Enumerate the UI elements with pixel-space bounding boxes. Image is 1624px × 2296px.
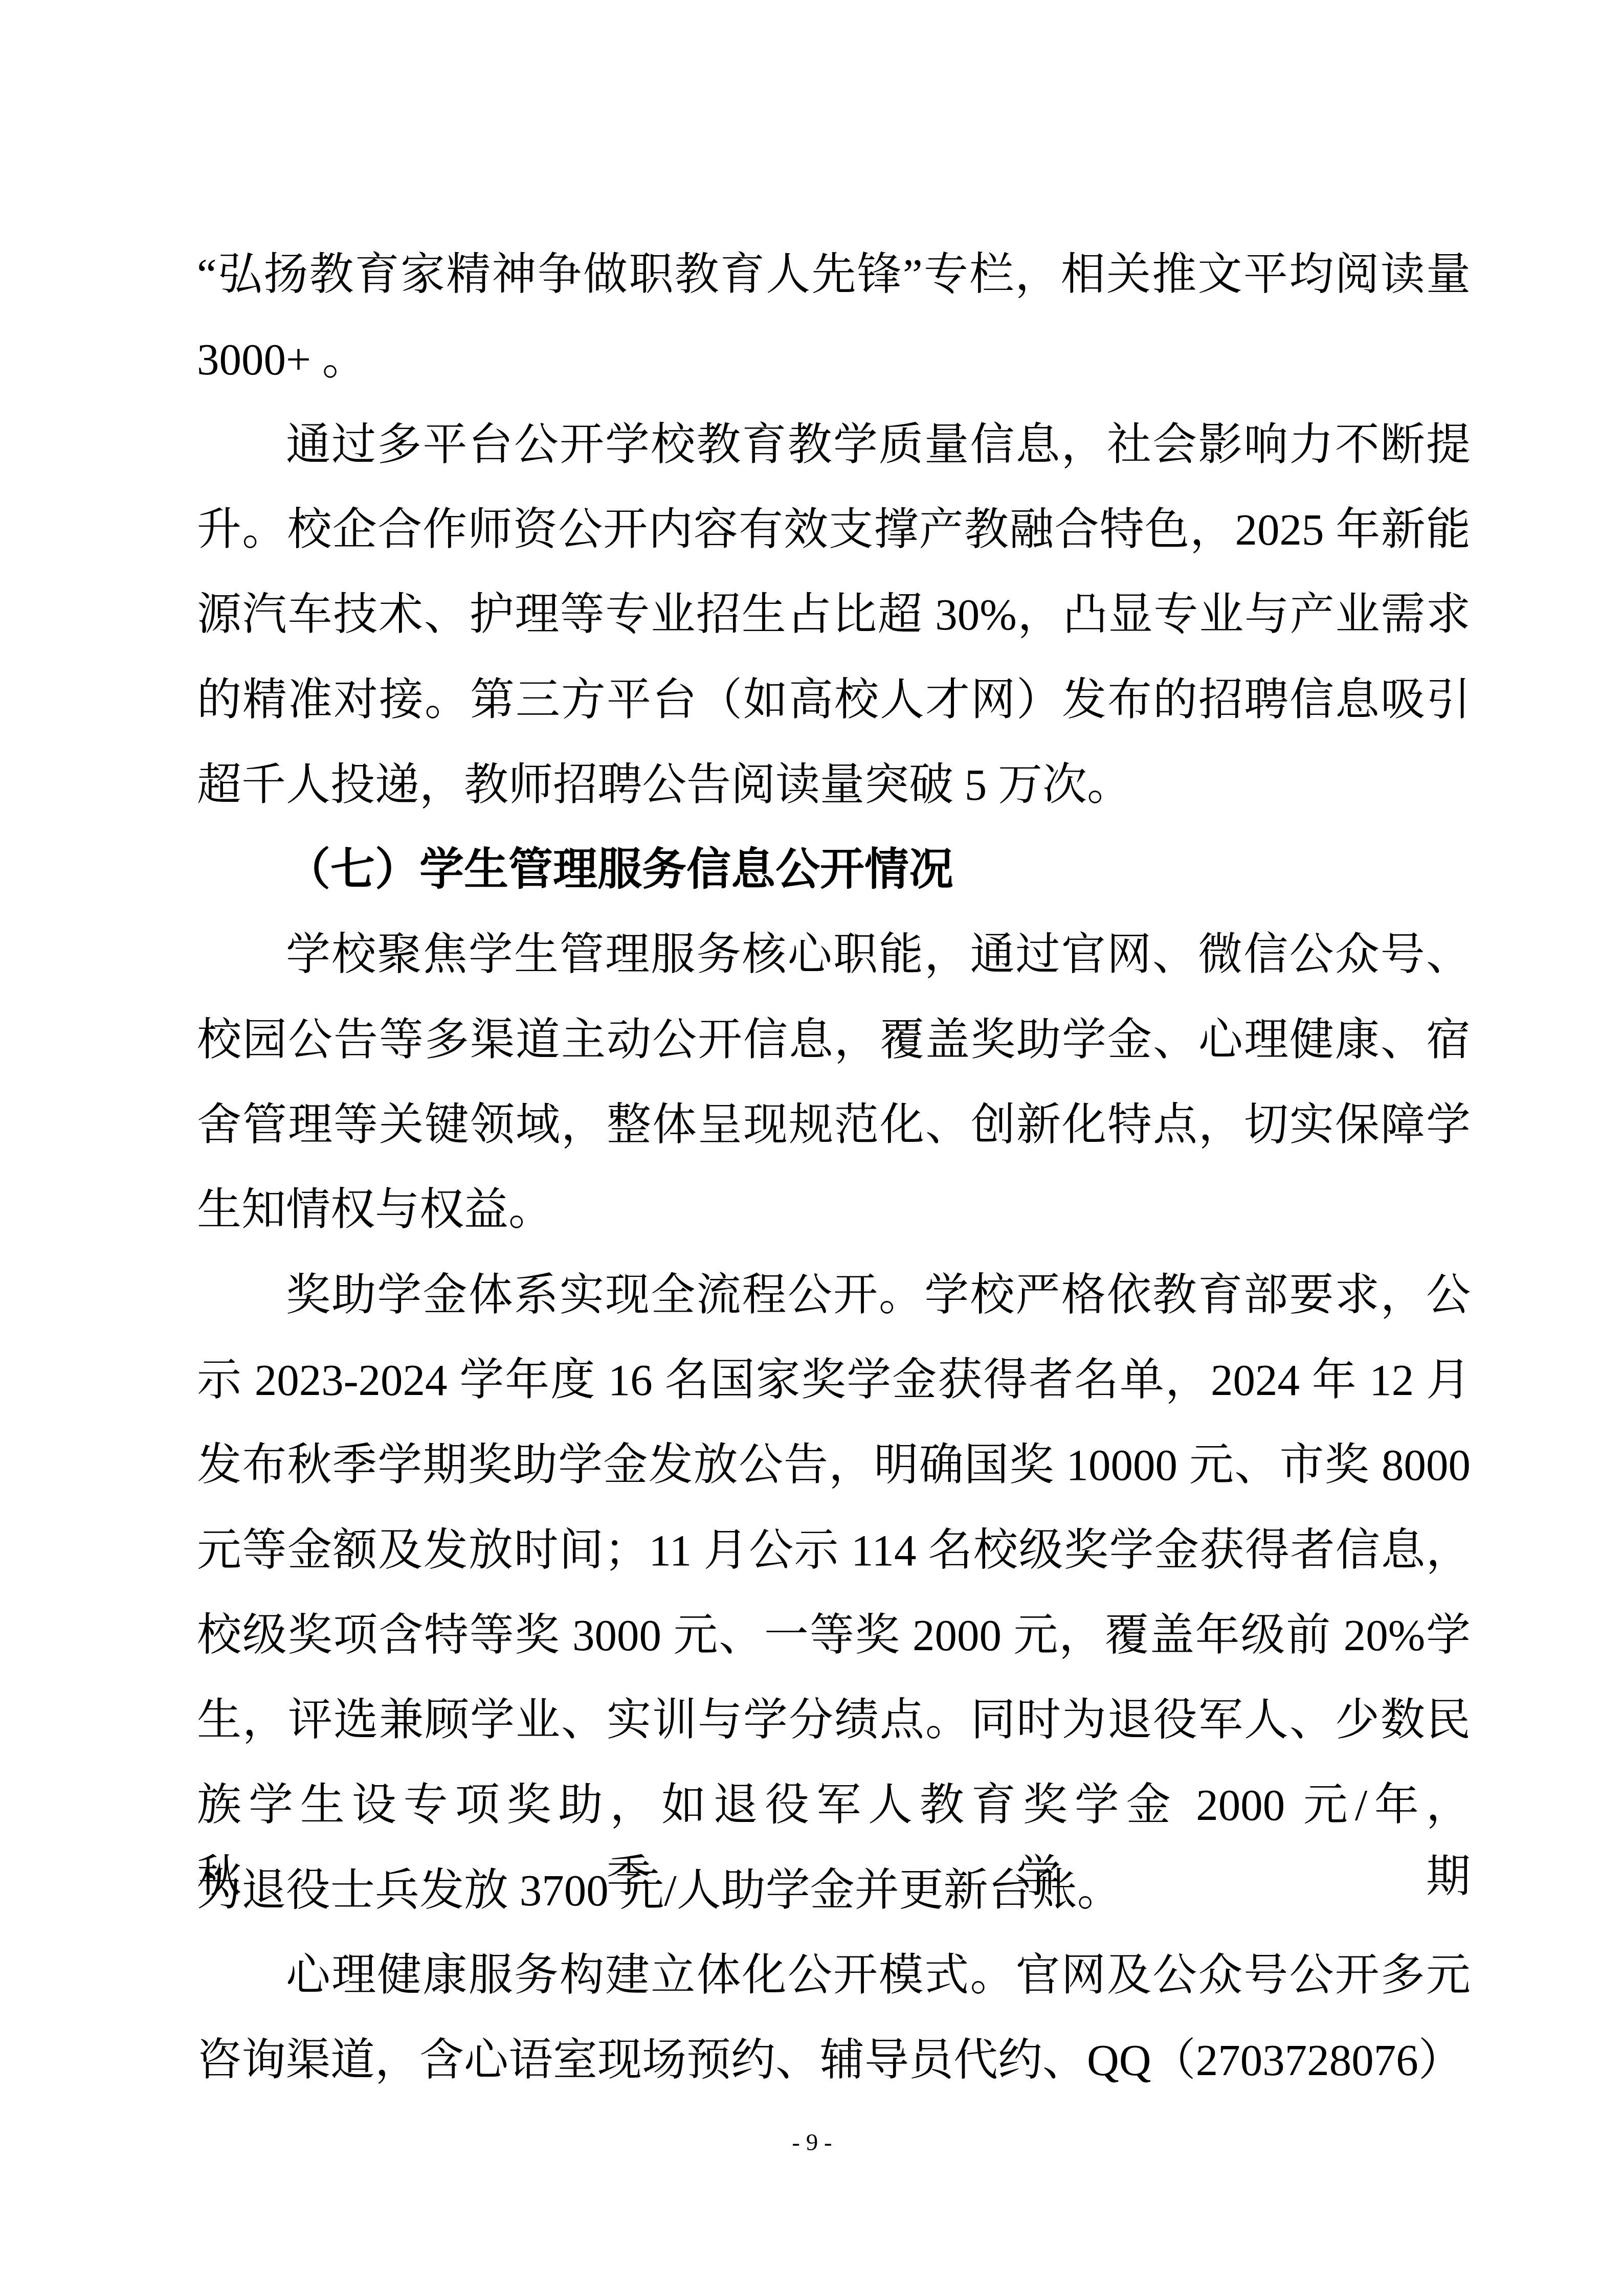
text-line-6: 的精准对接。第三方平台（如高校人才网）发布的招聘信息吸引: [197, 664, 1471, 736]
text-line-12: 生知情权与权益。: [197, 1174, 1471, 1246]
section-heading: （七）学生管理服务信息公开情况: [197, 834, 1471, 906]
text-line-7: 超千人投递，教师招聘公告阅读量突破 5 万次。: [197, 749, 1471, 821]
text-line-4: 升。校企合作师资公开内容有效支撑产教融合特色，2025 年新能: [197, 494, 1471, 566]
text-line-20: 为退役士兵发放 3700 元/人助学金并更新台账。: [197, 1855, 1471, 1926]
text-line-13: 奖助学金体系实现全流程公开。学校严格依教育部要求，公: [197, 1259, 1471, 1331]
text-line-9: 学校聚焦学生管理服务核心职能，通过官网、微信公众号、: [197, 919, 1471, 991]
text-line-22: 咨询渠道，含心语室现场预约、辅导员代约、QQ（2703728076）: [197, 2024, 1471, 2096]
text-line-5: 源汽车技术、护理等专业招生占比超 30%，凸显专业与产业需求: [197, 579, 1471, 650]
text-line-10: 校园公告等多渠道主动公开信息，覆盖奖助学金、心理健康、宿: [197, 1004, 1471, 1076]
text-line-2: 3000+ 。: [197, 324, 1471, 395]
text-line-1: “弘扬教育家精神争做职教育人先锋”专栏，相关推文平均阅读量: [197, 239, 1471, 310]
text-line-11: 舍管理等关键领域，整体呈现规范化、创新化特点，切实保障学: [197, 1089, 1471, 1161]
text-line-17: 校级奖项含特等奖 3000 元、一等奖 2000 元，覆盖年级前 20%学: [197, 1600, 1471, 1671]
text-line-15: 发布秋季学期奖助学金发放公告，明确国奖 10000 元、市奖 8000: [197, 1429, 1471, 1501]
text-line-21: 心理健康服务构建立体化公开模式。官网及公众号公开多元: [197, 1940, 1471, 2011]
text-line-14: 示 2023-2024 学年度 16 名国家奖学金获得者名单，2024 年 12…: [197, 1344, 1471, 1416]
page-number: - 9 -: [0, 2127, 1624, 2158]
document-page: “弘扬教育家精神争做职教育人先锋”专栏，相关推文平均阅读量3000+ 。通过多平…: [0, 0, 1624, 2296]
text-line-18: 生，评选兼顾学业、实训与学分绩点。同时为退役军人、少数民: [197, 1684, 1471, 1756]
text-line-3: 通过多平台公开学校教育教学质量信息，社会影响力不断提: [197, 409, 1471, 481]
text-line-16: 元等金额及发放时间；11 月公示 114 名校级奖学金获得者信息，: [197, 1515, 1471, 1586]
